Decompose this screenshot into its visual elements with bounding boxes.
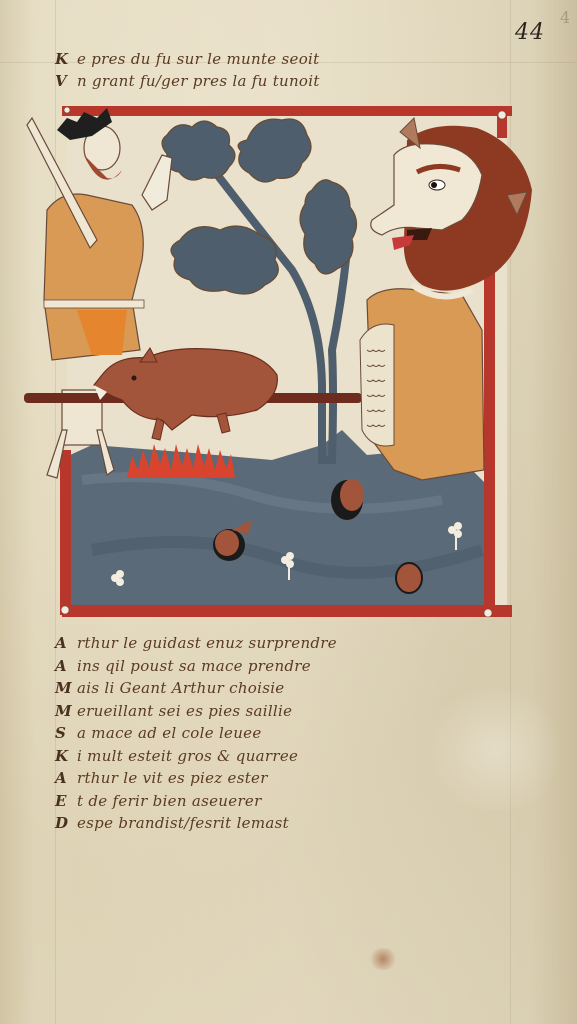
- line-initial: S: [55, 724, 77, 742]
- line-text: e pres du fu sur le munte seoit: [77, 50, 319, 68]
- text-line: Mais li Geant Arthur choisie: [55, 679, 337, 702]
- text-line: Et de ferir bien aseuerer: [55, 792, 337, 815]
- parchment-stain: [420, 690, 570, 810]
- line-initial: D: [55, 814, 77, 832]
- line-initial: M: [55, 679, 77, 697]
- line-text: erueillant sei es pies saillie: [77, 702, 292, 720]
- manuscript-page: 44 4 Ke pres du fu sur le munte seoit Vn…: [0, 0, 577, 1024]
- text-line: Vn grant fu/ger pres la fu tunoit: [55, 72, 320, 94]
- line-initial: A: [55, 769, 77, 787]
- line-text: n grant fu/ger pres la fu tunoit: [77, 72, 320, 90]
- text-line: Ki mult esteit gros & quarree: [55, 747, 337, 770]
- line-text: rthur le guidast enuz surprendre: [77, 634, 337, 652]
- line-text: ais li Geant Arthur choisie: [77, 679, 284, 697]
- line-initial: K: [55, 50, 77, 68]
- line-text: t de ferir bien aseuerer: [77, 792, 262, 810]
- top-text-block: Ke pres du fu sur le munte seoit Vn gran…: [55, 50, 320, 94]
- text-line: Arthur le guidast enuz surprendre: [55, 634, 337, 657]
- line-text: rthur le vit es piez ester: [77, 769, 268, 787]
- line-initial: A: [55, 657, 77, 675]
- folio-corner-mark: 4: [560, 8, 570, 27]
- text-line: Merueillant sei es pies saillie: [55, 702, 337, 725]
- line-initial: A: [55, 634, 77, 652]
- line-initial: K: [55, 747, 77, 765]
- text-line: Despe brandist/fesrit lemast: [55, 814, 337, 837]
- folio-number: 44: [515, 20, 545, 45]
- text-line: Sa mace ad el cole leuee: [55, 724, 337, 747]
- line-text: ins qil poust sa mace prendre: [77, 657, 311, 675]
- line-text: i mult esteit gros & quarree: [77, 747, 298, 765]
- miniature-illustration: [22, 100, 542, 630]
- line-text: a mace ad el cole leuee: [77, 724, 262, 742]
- text-line: Ains qil poust sa mace prendre: [55, 657, 337, 680]
- line-initial: E: [55, 792, 77, 810]
- bottom-text-block: Arthur le guidast enuz surprendre Ains q…: [55, 634, 337, 837]
- text-line: Arthur le vit es piez ester: [55, 769, 337, 792]
- line-text: espe brandist/fesrit lemast: [77, 814, 289, 832]
- line-initial: V: [55, 72, 77, 90]
- line-initial: M: [55, 702, 77, 720]
- parchment-stain: [368, 948, 398, 970]
- text-line: Ke pres du fu sur le munte seoit: [55, 50, 320, 72]
